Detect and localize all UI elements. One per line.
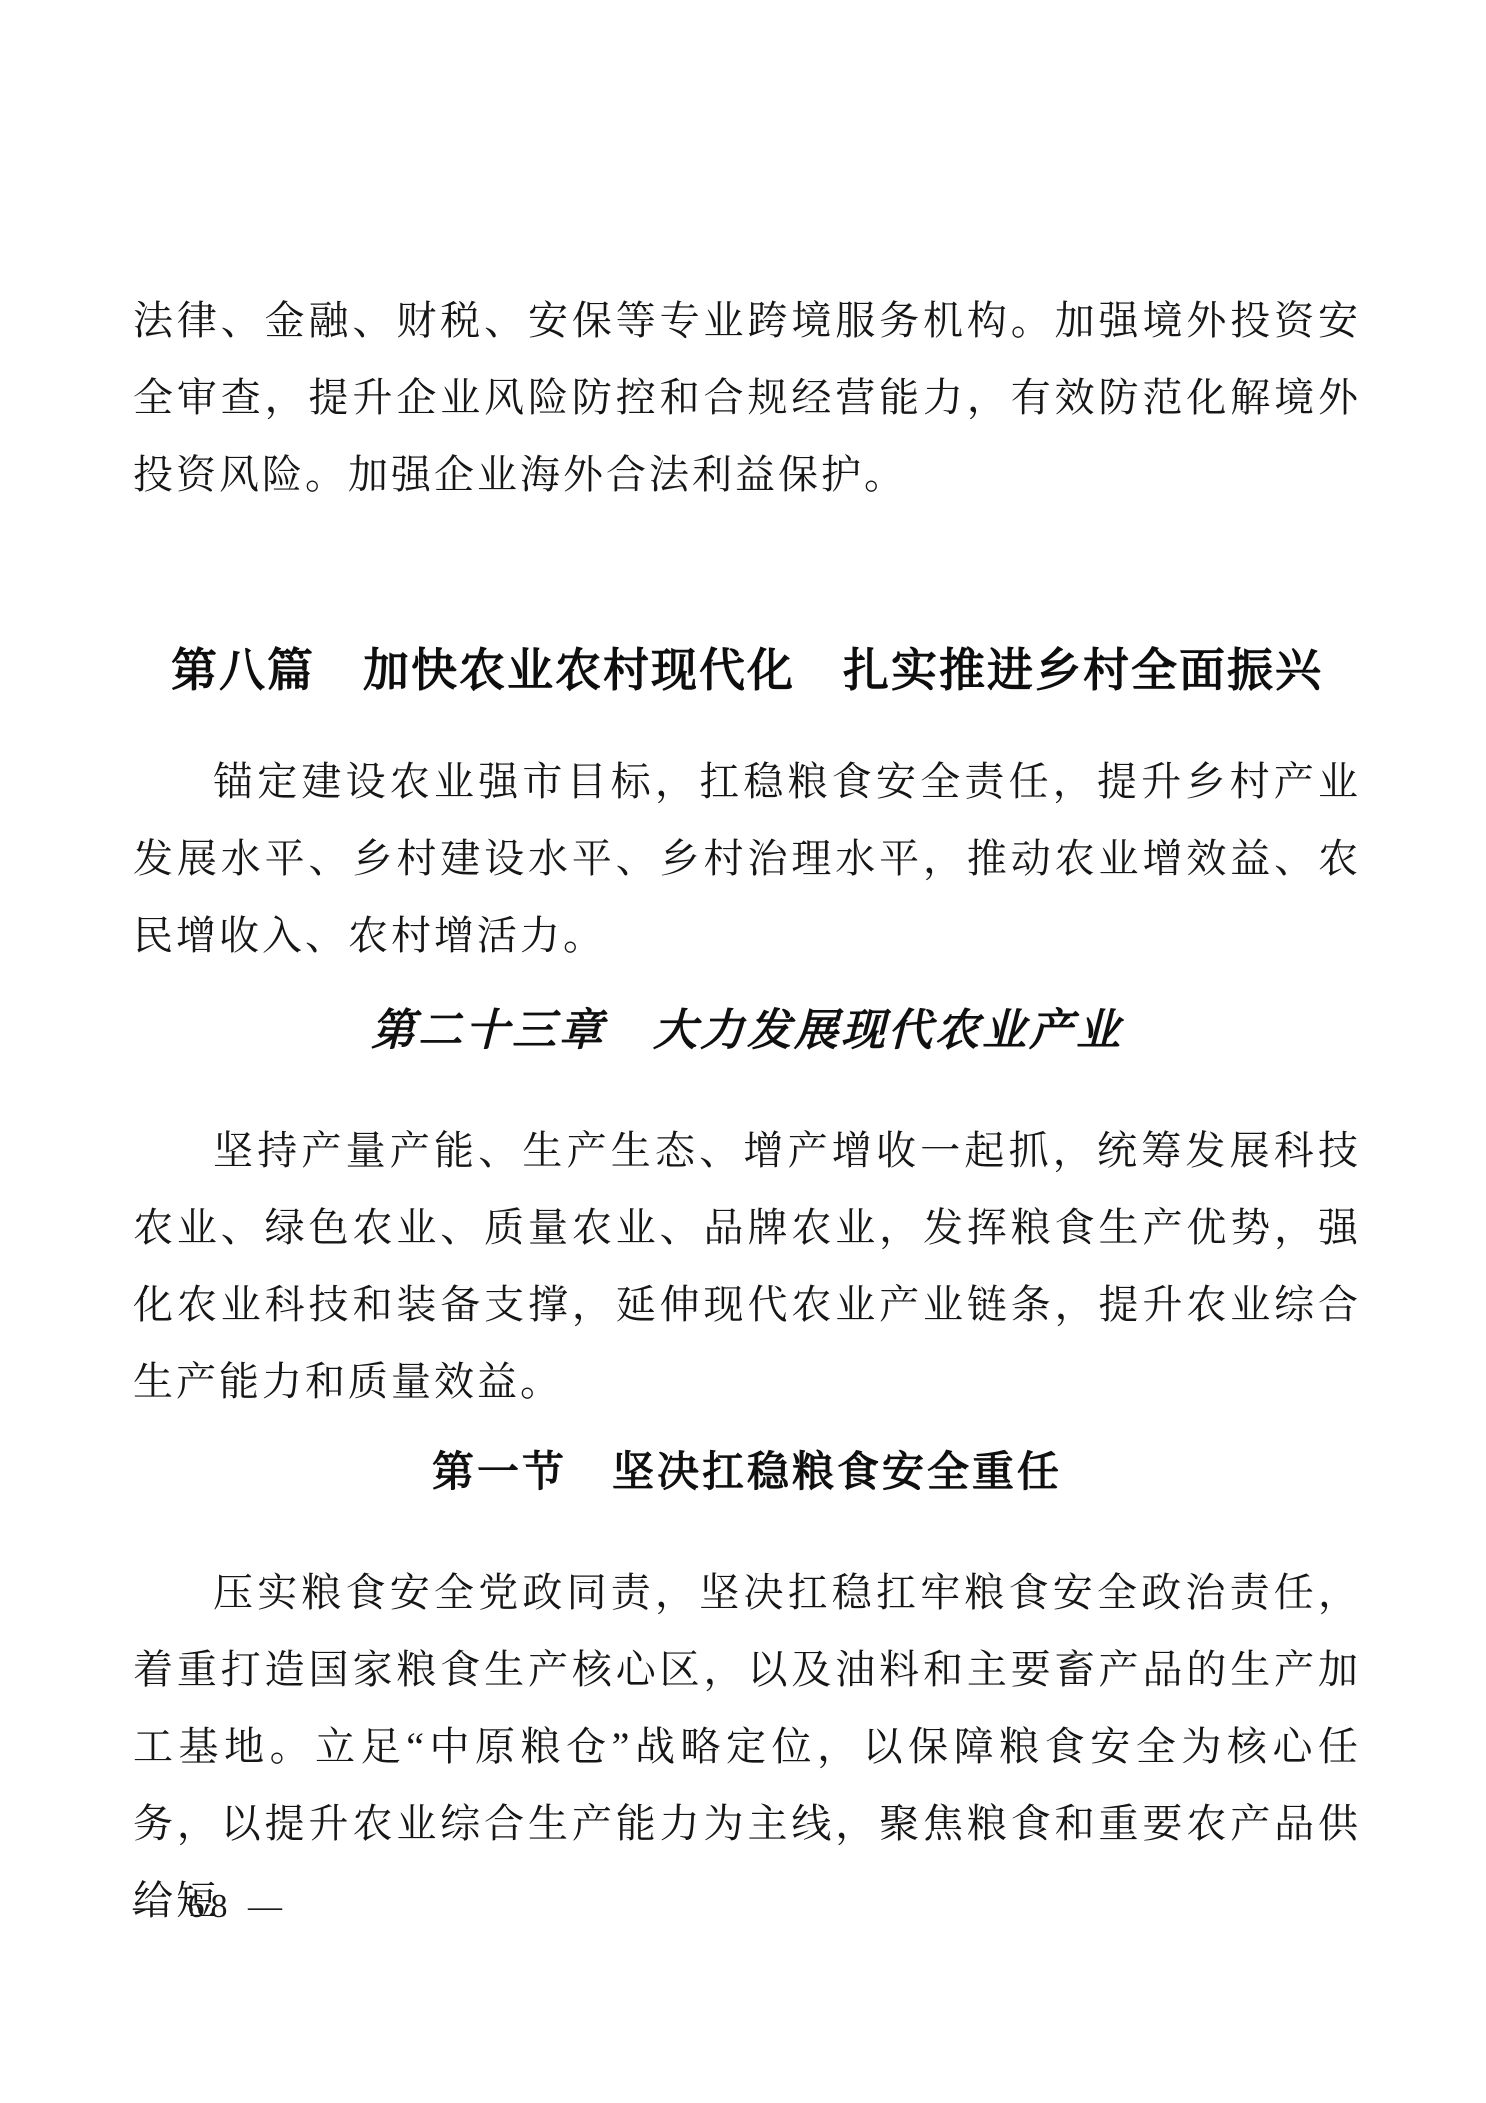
paragraph-overseas-services: 法律、金融、财税、安保等专业跨境服务机构。加强境外投资安全审查，提升企业风险防控… — [133, 282, 1361, 513]
part-heading: 第八篇 加快农业农村现代化 扎实推进乡村全面振兴 — [133, 635, 1361, 705]
paragraph-section-body: 压实粮食安全党政同责，坚决扛稳扛牢粮食安全政治责任，着重打造国家粮食生产核心区，… — [133, 1554, 1361, 1939]
page-body: 法律、金融、财税、安保等专业跨境服务机构。加强境外投资安全审查，提升企业风险防控… — [133, 0, 1361, 1939]
chapter-heading: 第二十三章 大力发展现代农业产业 — [133, 996, 1361, 1066]
section-heading: 第一节 坚决扛稳粮食安全重任 — [133, 1440, 1361, 1506]
page-number: — 68 — — [133, 1888, 288, 1926]
paragraph-chapter-intro: 坚持产量产能、生产生态、增产增收一起抓，统筹发展科技农业、绿色农业、质量农业、品… — [133, 1112, 1361, 1420]
paragraph-part-intro: 锚定建设农业强市目标，扛稳粮食安全责任，提升乡村产业发展水平、乡村建设水平、乡村… — [133, 743, 1361, 974]
document-page: 法律、金融、财税、安保等专业跨境服务机构。加强境外投资安全审查，提升企业风险防控… — [0, 0, 1486, 2103]
